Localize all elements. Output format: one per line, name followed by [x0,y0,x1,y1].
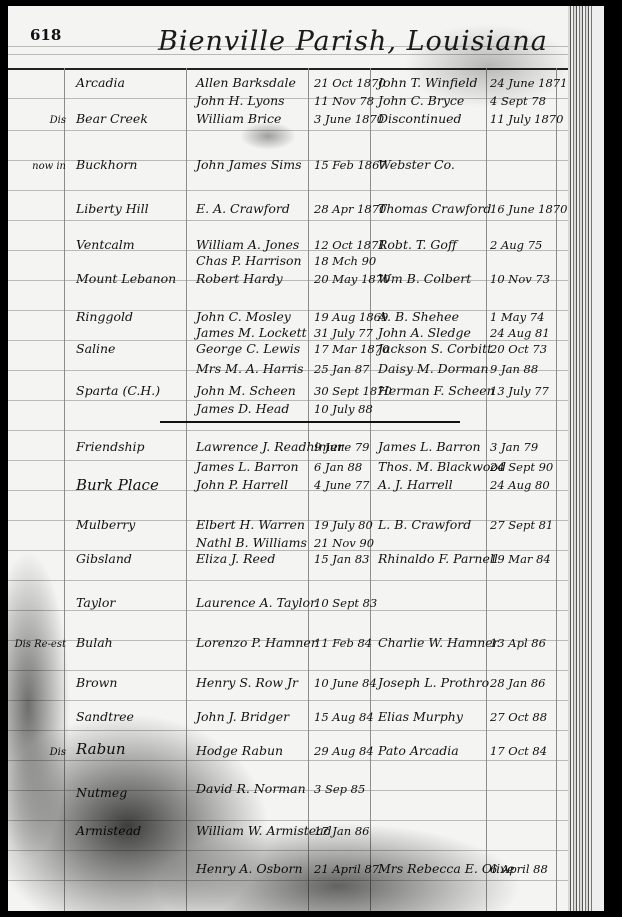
post-office: Armistead [76,824,141,838]
post-office: Buckhorn [76,158,137,172]
margin-note: Dis [8,114,66,128]
successor-date: 4 Sept 78 [490,94,546,108]
successor-date: 13 July 77 [490,384,549,398]
appointment-date: 31 July 77 [314,326,373,340]
appointment-date: 11 Feb 84 [314,636,372,650]
postmaster: Henry A. Osborn [196,862,303,876]
postmaster: John James Sims [196,158,302,172]
successor: Wm B. Colbert [378,272,471,286]
appointment-date: 18 Mch 90 [314,254,376,268]
postmaster: James L. Barron [196,460,299,474]
successor: Elias Murphy [378,710,463,724]
postmaster: John J. Bridger [196,710,289,724]
ruling-line [8,880,568,881]
postmaster: John H. Lyons [196,94,285,108]
column-divider [308,68,309,911]
successor-date: 19 Mar 84 [490,552,551,566]
postmaster: Allen Barksdale [196,76,296,90]
column-divider [186,68,187,911]
appointment-date: 6 Jan 88 [314,460,362,474]
postmaster: William Brice [196,112,281,126]
appointment-date: 15 Jan 83 [314,552,369,566]
post-office: Nutmeg [76,786,127,800]
successor: Joseph L. Prothro [378,676,489,690]
successor: Charlie W. Hamner [378,636,499,650]
appointment-date: 9 June 79 [314,440,370,454]
ruling-line [8,220,568,221]
post-office: Mulberry [76,518,135,532]
successor: L. B. Crawford [378,518,471,532]
margin-note: now in [8,160,66,174]
appointment-date: 11 Nov 78 [314,94,374,108]
post-office: Rabun [76,742,126,756]
successor: Pato Arcadia [378,744,459,758]
postmaster: E. A. Crawford [196,202,290,216]
successor-date: 1 May 74 [490,310,544,324]
column-divider [486,68,487,911]
ruling-line [8,730,568,731]
successor: Daisy M. Dorman [378,362,489,376]
margin-note: Dis [8,746,66,760]
successor: Jackson S. Corbitt [378,342,492,356]
post-office: Ventcalm [76,238,135,252]
ruling-line [8,670,568,671]
appointment-date: 25 Jan 87 [314,362,369,376]
ruling-line [8,98,568,99]
post-office: Sandtree [76,710,134,724]
post-office: Brown [76,676,117,690]
appointment-date: 3 June 1870 [314,112,384,126]
postmaster: Robert Hardy [196,272,283,286]
successor: Webster Co. [378,158,455,172]
ruling-line [8,130,568,131]
postmaster: Henry S. Row Jr [196,676,298,690]
post-office: Gibsland [76,552,132,566]
page-title: Bienville Parish, Louisiana [158,26,548,57]
ruling-line [8,610,568,611]
post-office: Sparta (C.H.) [76,384,160,398]
postmaster: William A. Jones [196,238,299,252]
successor-date: 20 Oct 73 [490,342,547,356]
postmaster: Lorenzo P. Hamner [196,636,317,650]
post-office: Mount Lebanon [76,272,176,286]
postmaster: James M. Lockett [196,326,307,340]
ruling-line [8,700,568,701]
post-office: Arcadia [76,76,125,90]
post-office: Burk Place [76,478,159,492]
ruling-line [8,430,568,431]
successor-date: 28 Jan 86 [490,676,545,690]
successor: John C. Bryce [378,94,464,108]
successor-date: 27 Oct 88 [490,710,547,724]
appointment-date: 10 July 88 [314,402,373,416]
successor: Herman F. Scheen [378,384,495,398]
successor: John A. Sledge [378,326,471,340]
appointment-date: 19 July 80 [314,518,373,532]
successor: John T. Winfield [378,76,477,90]
successor: Robt. T. Goff [378,238,457,252]
appointment-date: 29 Aug 84 [314,744,374,758]
postmaster: Chas P. Harrison [196,254,302,268]
appointment-date: 4 June 77 [314,478,370,492]
successor: Thomas Crawford [378,202,491,216]
appointment-date: 28 Apr 1870 [314,202,386,216]
successor: Rhinaldo F. Parnell [378,552,498,566]
appointment-date: 21 Nov 90 [314,536,374,550]
appointment-date: 15 Aug 84 [314,710,374,724]
successor-date: 17 Oct 84 [490,744,547,758]
post-office: Bear Creek [76,112,148,126]
post-office: Ringgold [76,310,133,324]
postmaster: Mrs M. A. Harris [196,362,304,376]
appointment-date: 10 Sept 83 [314,596,377,610]
appointment-date: 21 Oct 1870 [314,76,386,90]
successor-date: 6 April 88 [490,862,548,876]
successor-date: 24 Aug 80 [490,478,550,492]
successor-date: 13 Apl 86 [490,636,546,650]
postmaster: Laurence A. Taylor [196,596,316,610]
page-edge [592,6,604,911]
postmaster: Nathl B. Williams [196,536,307,550]
postmaster: John M. Scheen [196,384,296,398]
ruling-line [8,850,568,851]
ruling-line [8,760,568,761]
margin-note: Dis Re-est [8,638,66,652]
column-divider [64,68,65,911]
post-office: Friendship [76,440,145,454]
section-underline [160,421,460,423]
successor-date: 3 Jan 79 [490,440,538,454]
appointment-date: 17 Jan 86 [314,824,369,838]
successor-date: 24 June 1871 [490,76,567,90]
successor-date: 16 June 1870 [490,202,567,216]
column-divider [556,68,557,911]
successor-date: 2 Aug 75 [490,238,542,252]
appointment-date: 3 Sep 85 [314,782,365,796]
successor-date: 24 Aug 81 [490,326,550,340]
appointment-date: 12 Oct 1871 [314,238,386,252]
successor: A. B. Shehee [378,310,459,324]
appointment-date: 15 Feb 1867 [314,158,387,172]
ledger-page: 618 Bienville Parish, Louisiana Arcadia … [8,6,568,911]
column-divider [370,68,371,911]
ruling-line [8,580,568,581]
successor-date: 11 July 1870 [490,112,563,126]
postmaster: Eliza J. Reed [196,552,275,566]
successor-date: 9 Jan 88 [490,362,538,376]
appointment-date: 10 June 84 [314,676,377,690]
postmaster: William W. Armistead [196,824,332,838]
successor: Thos. M. Blackwood [378,460,506,474]
post-office: Bulah [76,636,113,650]
post-office: Taylor [76,596,115,610]
postmaster: James D. Head [196,402,289,416]
appointment-date: 21 April 87 [314,862,379,876]
ruling-line [8,190,568,191]
postmaster: John P. Harrell [196,478,288,492]
page-number: 618 [30,26,61,44]
postmaster: Hodge Rabun [196,744,283,758]
successor: A. J. Harrell [378,478,453,492]
successor-date: 24 Sept 90 [490,460,553,474]
post-office: Saline [76,342,115,356]
postmaster: Elbert H. Warren [196,518,305,532]
postmaster: David R. Norman [196,782,306,796]
header-rule [8,68,568,70]
successor: Discontinued [378,112,462,126]
post-office: Liberty Hill [76,202,149,216]
successor-date: 10 Nov 73 [490,272,550,286]
postmaster: George C. Lewis [196,342,300,356]
successor-date: 27 Sept 81 [490,518,553,532]
postmaster: John C. Mosley [196,310,291,324]
ruling-line [8,820,568,821]
successor: James L. Barron [378,440,481,454]
